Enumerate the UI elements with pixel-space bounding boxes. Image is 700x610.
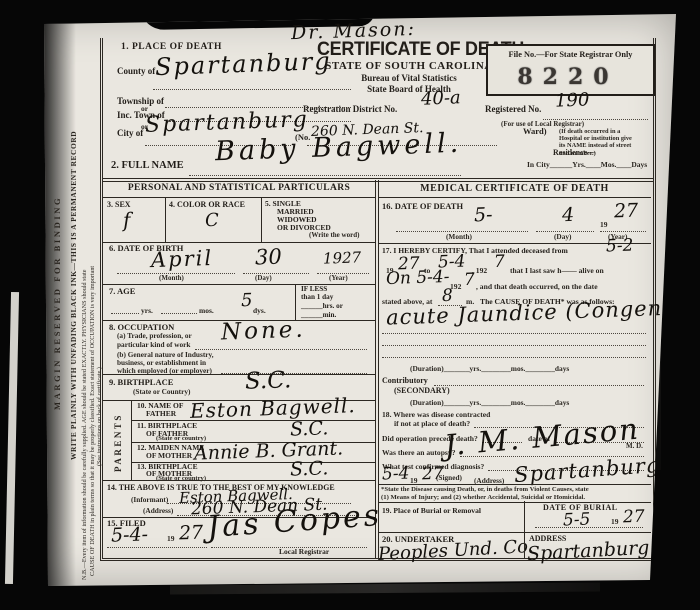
filed-year-value: 27 [179,522,204,545]
file-box-label: File No.—For State Registrar Only [488,50,653,59]
last-seen-year: 7 [464,270,476,290]
bureau-heading: Bureau of Vital Statistics [309,73,509,83]
state-heading: STATE OF SOUTH CAROLINA [309,60,509,72]
date-of-death-label: 16. DATE OF DEATH [382,201,463,211]
dotted-line [195,348,367,350]
informant-address-label: (Address) [143,506,173,515]
occupation-value: None. [221,317,307,346]
burial-year-value: 27 [623,507,645,528]
sign-date-value: 5-4 [382,464,410,485]
personal-column: PERSONAL AND STATISTICAL PARTICULARS 3. … [103,180,375,558]
registered-no-value: 190 [555,89,590,111]
personal-column-header: PERSONAL AND STATISTICAL PARTICULARS [103,183,375,193]
informant-label: (Informant) [131,495,168,504]
margin-binding-note: MARGIN RESERVED FOR BINDING [52,196,62,410]
footnote-line-1: *State the Disease causing Death, or, in… [381,486,589,493]
race-label: 4. COLOR OR RACE [169,200,245,209]
dotted-line [382,344,646,346]
full-name-label: 2. FULL NAME [111,160,184,171]
if-less-line-4: ______min. [301,311,336,319]
md-label: M. D. [626,442,643,450]
county-label: County of [117,66,155,76]
father-birthplace-note: (State or country) [156,435,206,442]
age-yrs-unit: yrs. [141,306,153,315]
birthplace-note: (State or Country) [133,387,190,396]
q18-line-1: 18. Where was disease contracted [382,410,490,419]
death-month-note: (Month) [446,232,472,241]
duration-line-secondary: (Duration)_______yrs.________mos._______… [410,398,569,407]
contributory-label: Contributory [382,376,428,385]
film-edge-artifact [5,292,19,584]
row-occupation: 8. OCCUPATION (a) Trade, profession, or … [103,320,375,375]
row-mother-name: 12. MAIDEN NAME OF MOTHER Annie B. Grant… [132,442,375,463]
row-filed: 15. FILED 5-4- 19 27 Jas Copes Local Reg… [103,516,375,558]
county-value: Spartanburg [155,47,333,81]
birthplace-value: S.C. [245,367,292,395]
margin-ink-note: WRITE PLAINLY WITH UNFADING BLACK INK—TH… [69,131,78,460]
registration-district-label: Registration District No. [303,104,397,114]
margin-nb-note-1: N.B.—Every item of information should be… [81,270,88,581]
father-name-label-2: FATHER [146,409,176,418]
dotted-line [535,526,643,528]
death-day-note: (Day) [554,232,571,241]
dotted-line [434,384,644,386]
row-sex-race-marital: 3. SEX f 4. COLOR OR RACE C 5. SINGLE MA… [103,197,375,243]
age-dys-unit: dys. [253,306,266,315]
local-registrar-note: (For use of Local Registrar) [501,120,584,128]
race-cell: 4. COLOR OR RACE C [165,198,262,242]
death-day-value: 4 [562,204,575,226]
age-label: 7. AGE [109,286,135,296]
scan-streak [170,582,600,594]
certificate-form: Dr. Mason: 1. PLACE OF DEATH County of S… [100,38,656,561]
board-heading: State Board of Health [309,84,509,94]
scanned-death-certificate: MARGIN RESERVED FOR BINDING WRITE PLAINL… [0,0,700,610]
sign-address-value: Spartanburg [513,453,661,487]
age-mos-unit: mos. [199,306,214,315]
dotted-line [382,356,646,358]
filed-date-value: 5-4- [111,523,149,546]
row-mother-birthplace: 13. BIRTHPLACE OF MOTHER (State or count… [132,462,375,480]
row-date-of-birth: 6. DATE OF BIRTH April 30 1927 (Month) (… [103,241,375,285]
row-undertaker: 20. UNDERTAKER Peoples Und. Co. ADDRESS … [378,532,651,558]
mother-name-label-2: OF MOTHER [146,451,192,460]
race-value: C [205,210,220,231]
residence-line: In City______Yrs.____Mos.____Days [527,160,647,169]
if-less-line-1: IF LESS [301,285,327,293]
death-month-value: 5- [474,204,493,227]
if-less-line-3: ______hrs. or [301,302,343,310]
sign-year-value: 27 [422,464,444,485]
file-number-box: File No.—For State Registrar Only 8220 [486,44,655,96]
parents-vertical-label: PARENTS [113,413,123,472]
dotted-line [161,312,197,314]
undertaker-address-cell: ADDRESS Spartanburg [524,532,652,558]
residence-label: Residence— [553,148,595,157]
if-less-cell: IF LESS than 1 day ______hrs. or ______m… [295,284,376,320]
margin-nb-note-2: CAUSE OF DEATH in plain terms so that it… [89,266,96,576]
medical-column: MEDICAL CERTIFICATE OF DEATH 16. DATE OF… [378,180,651,558]
row-burial: 19. Place of Burial or Removal DATE OF B… [378,501,651,533]
city-label: City of [117,128,143,138]
dotted-line [107,546,207,548]
year-note: (Year) [329,274,348,282]
last-seen-value: On 5-4- [386,267,450,289]
mother-birthplace-value: S.C. [290,457,329,480]
month-note: (Month) [159,274,184,282]
age-days-value: 5 [241,290,253,311]
filed-year-prefix: 19 [167,534,175,543]
registration-district-value: 40-a [421,87,461,109]
marital-cell: 5. SINGLE MARRIED WIDOWED OR DIVORCED (W… [261,198,375,242]
father-name-value: Eston Bagwell. [190,393,356,423]
certify-from-value: 5-2 [606,236,634,257]
medical-column-header: MEDICAL CERTIFICATE OF DEATH [378,183,651,194]
day-note: (Day) [255,274,272,282]
sex-value: f [123,208,131,232]
dotted-line [189,174,461,176]
parents-rows: 10. NAME OF FATHER Eston Bagwell. 11. BI… [131,400,375,480]
certify-to-year: 7 [494,252,506,272]
certify-line-3-rest: , and that death occurred, on the date [476,282,598,291]
marital-note: (Write the word) [309,231,359,239]
footnote-line-2: (1) Means of Injury; and (2) whether Acc… [381,494,585,501]
dotted-line [111,312,139,314]
death-year-value: 27 [614,200,639,223]
burial-year-prefix: 19 [611,517,619,526]
occupation-a2: particular kind of work [117,340,190,349]
occupation-a1: (a) Trade, profession, or [117,331,192,340]
dob-month-value: April [151,246,214,272]
file-number-stamp: 8220 [488,64,648,90]
dob-day-value: 30 [255,245,283,270]
local-registrar-label: Local Registrar [279,547,329,556]
registered-no-label: Registered No. [485,104,541,114]
secondary-label: (SECONDARY) [394,386,450,395]
certify-line-2-rest: that I last saw h—— alive on [510,266,604,275]
dotted-line [243,272,309,274]
cause-of-death-value: acute Jaundice (Congenital) [386,294,700,329]
dotted-line [382,332,646,334]
death-year-prefix: 19 [600,220,608,229]
certificate-title: CERTIFICATE OF DEATH [317,38,501,61]
dob-year-value: 1927 [323,248,362,267]
row-age: 7. AGE yrs. mos. 5 dys. IF LESS than 1 d… [103,284,375,321]
birthplace-label: 9. BIRTHPLACE [109,377,173,387]
certificate-paper: MARGIN RESERVED FOR BINDING WRITE PLAINL… [20,14,676,586]
duration-line-primary: (Duration)_______yrs.________mos._______… [410,364,569,373]
burial-date-cell: DATE OF BURIAL 5-5 19 27 [524,501,652,532]
sex-cell: 3. SEX f [103,198,166,242]
if-less-line-2: than 1 day [301,293,333,301]
burial-place-label: 19. Place of Burial or Removal [382,506,481,515]
row-father-name: 10. NAME OF FATHER Eston Bagwell. [132,400,375,421]
parents-block: PARENTS 10. NAME OF FATHER Eston Bagwell… [103,400,375,480]
